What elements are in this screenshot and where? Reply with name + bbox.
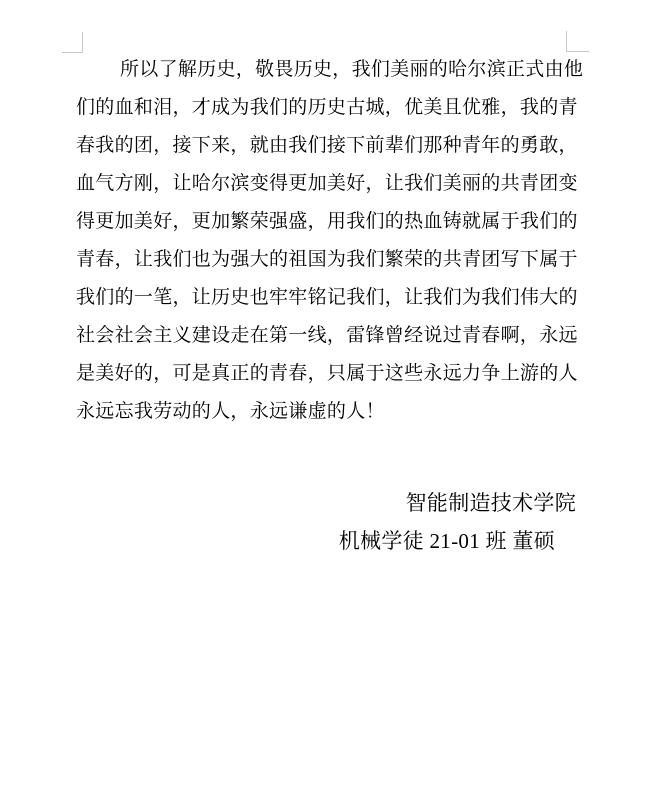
paragraph-line: 所以了解历史，敬畏历史，我们美丽的哈尔滨正式由他 bbox=[76, 51, 580, 89]
body-paragraph: 所以了解历史，敬畏历史，我们美丽的哈尔滨正式由他 们的血和泪，才成为我们的历史古… bbox=[76, 51, 580, 431]
paragraph-line: 们的血和泪，才成为我们的历史古城，优美且优雅，我的青 bbox=[76, 89, 580, 127]
signature-organization: 智能制造技术学院 bbox=[406, 484, 576, 522]
paragraph-line: 得更加美好，更加繁荣强盛，用我们的热血铸就属于我们的 bbox=[76, 203, 580, 241]
paragraph-line: 是美好的，可是真正的青春，只属于这些永远力争上游的人 bbox=[76, 355, 580, 393]
paragraph-line: 血气方刚，让哈尔滨变得更加美好，让我们美丽的共青团变 bbox=[76, 165, 580, 203]
paragraph-line: 社会社会主义建设走在第一线，雷锋曾经说过青春啊，永远 bbox=[76, 317, 580, 355]
paragraph-line: 我们的一笔，让历史也牢牢铭记我们，让我们为我们伟大的 bbox=[76, 279, 580, 317]
text-boundary-mark-top-left bbox=[62, 32, 83, 53]
paragraph-line: 永远忘我劳动的人，永远谦虚的人！ bbox=[76, 393, 580, 431]
signature-author: 机械学徒 21-01 班 董硕 bbox=[339, 522, 555, 560]
document-page: 所以了解历史，敬畏历史，我们美丽的哈尔滨正式由他 们的血和泪，才成为我们的历史古… bbox=[0, 0, 665, 806]
text-boundary-mark-top-right bbox=[566, 31, 589, 52]
paragraph-line: 春我的团，接下来，就由我们接下前辈们那种青年的勇敢， bbox=[76, 127, 580, 165]
paragraph-line: 青春，让我们也为强大的祖国为我们繁荣的共青团写下属于 bbox=[76, 241, 580, 279]
